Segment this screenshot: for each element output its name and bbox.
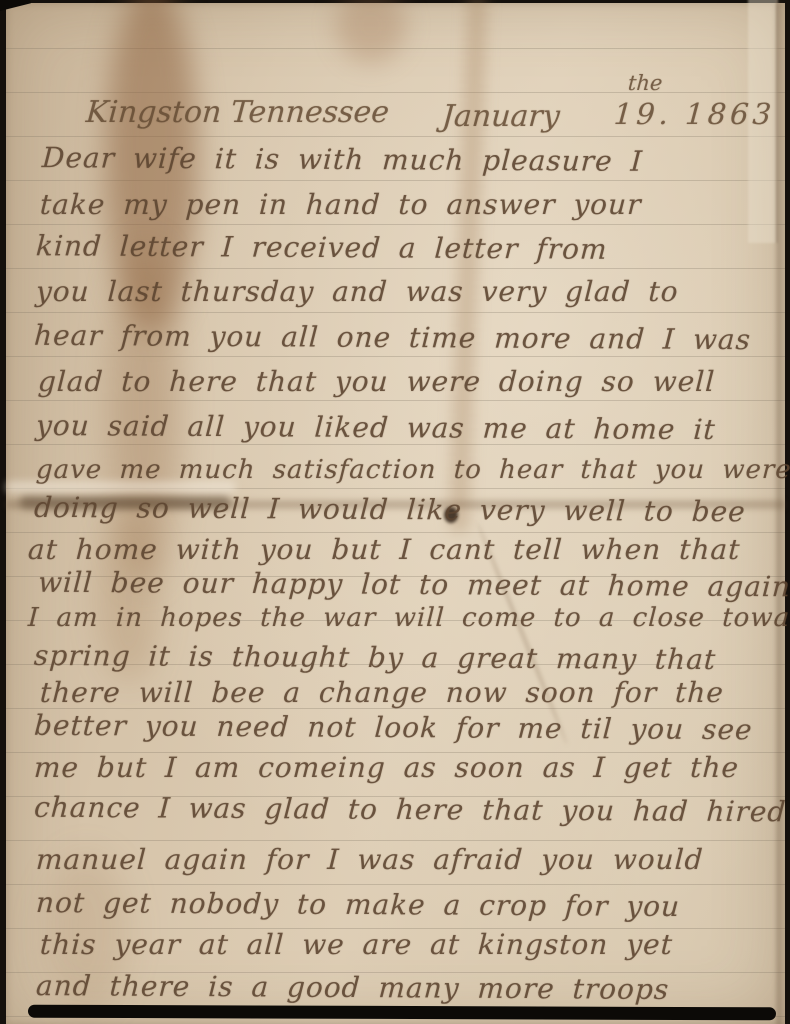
letter-line: and there is a good many more troops <box>35 969 670 1006</box>
letter-line: hear from you all one time more and I wa… <box>33 319 752 356</box>
letter-line: you said all you liked was me at home it <box>35 409 716 446</box>
heading-place: Kingston Tennessee <box>85 95 390 130</box>
letter-line: this year at all we are at kingston yet <box>39 928 674 961</box>
letter-page: Kingston Tennessee January the 19. 1863 … <box>6 3 785 1024</box>
letter-line: manuel again for I was afraid you would <box>35 843 704 876</box>
scan-background: Kingston Tennessee January the 19. 1863 … <box>0 0 790 1024</box>
letter-line: me but I am comeing as soon as I get the <box>33 751 740 784</box>
heading-month: January <box>441 99 561 134</box>
letter-line: I am in hopes the war will come to a clo… <box>27 603 790 633</box>
letter-line: spring it is thought by a great many tha… <box>33 639 717 676</box>
letter-line: doing so well I would like very well to … <box>33 491 747 528</box>
letter-line: chance I was glad to here that you had h… <box>33 791 787 829</box>
letter-line: take my pen in hand to answer your <box>39 188 642 221</box>
letter-line: Dear wife it is with much pleasure I <box>41 141 644 178</box>
scan-strip-bottom <box>28 1005 776 1021</box>
letter-line: better you need not look for me til you … <box>33 709 753 746</box>
letter-line: will bee our happy lot to meet at home a… <box>37 566 790 604</box>
heading-date: 19. 1863 <box>613 97 777 131</box>
letter-line: glad to here that you were doing so well <box>37 365 716 398</box>
paper-right-edge-shade <box>776 3 782 1024</box>
letter-line: gave me much satisfaction to hear that y… <box>35 455 790 485</box>
letter-line: you last thursday and was very glad to <box>35 275 679 308</box>
letter-line: there will bee a change now soon for the <box>39 676 725 709</box>
letter-line: at home with you but I cant tell when th… <box>27 533 741 566</box>
heading-superscript: the <box>627 71 663 95</box>
letter-line: kind letter I received a letter from <box>35 229 608 265</box>
letter-line: not get nobody to make a crop for you <box>35 886 681 923</box>
